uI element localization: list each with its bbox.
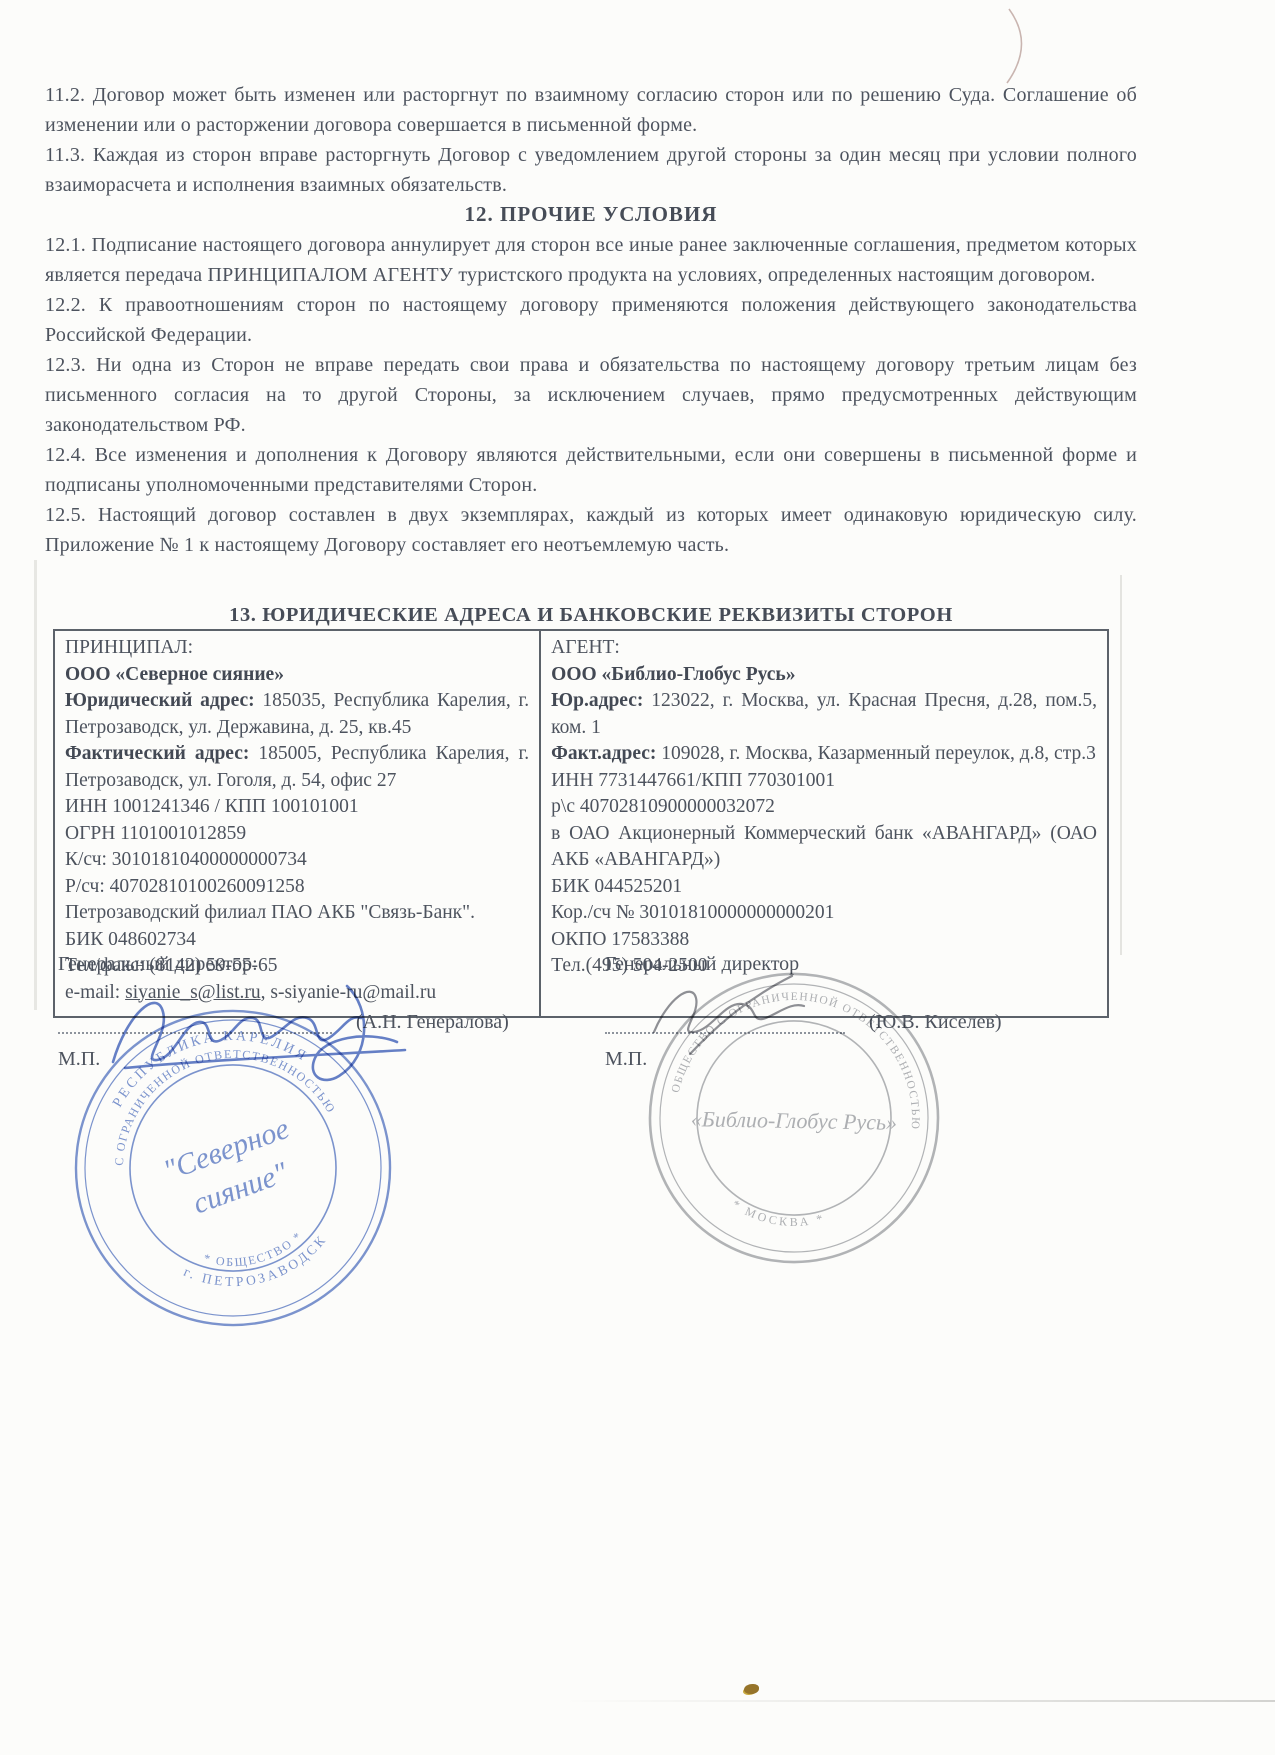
principal-company-name: ООО «Северное сияние» (65, 662, 529, 689)
principal-legal-address: Юридический адрес: 185035, Республика Ка… (65, 688, 529, 741)
svg-text:* МОСКВА *: * МОСКВА * (728, 1196, 829, 1235)
agent-corr-account: Кор./сч № 30101810000000000201 (551, 900, 1097, 927)
principal-corr-account: К/сч: 30101810400000000734 (65, 847, 529, 874)
principal-bank: Петрозаводский филиал ПАО АКБ "Связь-Бан… (65, 900, 529, 927)
section-12-heading: 12. ПРОЧИЕ УСЛОВИЯ (45, 202, 1137, 227)
scan-artifact-curve (995, 5, 1039, 87)
scan-edge-bottom (560, 1700, 1275, 1702)
principal-settlement-account: Р/сч: 40702810100260091258 (65, 874, 529, 901)
agent-company-seal: ОБЩЕСТВО С ОГРАНИЧЕННОЙ ОТВЕТСТВЕННОСТЬЮ… (620, 944, 968, 1292)
seal-ring-bottom-text: * МОСКВА * (728, 1196, 829, 1235)
clause-11-3: 11.3. Каждая из сторон вправе расторгнут… (45, 140, 1137, 200)
agent-bank: в ОАО Акционерный Коммерческий банк «АВА… (551, 821, 1097, 874)
agent-bik: БИК 044525201 (551, 874, 1097, 901)
agent-role: АГЕНТ: (551, 635, 1097, 662)
agent-actual-address: Факт.адрес: 109028, г. Москва, Казарменн… (551, 741, 1097, 768)
clause-12-4: 12.4. Все изменения и дополнения к Догов… (45, 440, 1137, 500)
principal-ogrn: ОГРН 1101001012859 (65, 821, 529, 848)
scan-edge-left (34, 560, 37, 1010)
clause-12-1: 12.1. Подписание настоящего договора анн… (45, 230, 1137, 290)
contract-body: 11.2. Договор может быть изменен или рас… (45, 80, 1137, 1018)
scan-speck (744, 1684, 759, 1694)
agent-company-name: ООО «Библио-Глобус Русь» (551, 662, 1097, 689)
agent-inn-kpp: ИНН 7731447661/КПП 770301001 (551, 768, 1097, 795)
clause-12-2: 12.2. К правоотношениям сторон по настоя… (45, 290, 1137, 350)
agent-legal-address: Юр.адрес: 123022, г. Москва, ул. Красная… (551, 688, 1097, 741)
scanned-contract-page: 11.2. Договор может быть изменен или рас… (0, 0, 1275, 1755)
principal-bik: БИК 048602734 (65, 927, 529, 954)
principal-inn-kpp: ИНН 1001241346 / КПП 100101001 (65, 794, 529, 821)
clause-12-5: 12.5. Настоящий договор составлен в двух… (45, 500, 1137, 560)
seal-center-text: «Библио-Глобус Русь» (691, 1106, 898, 1135)
agent-settlement-account: р\с 40702810900000032072 (551, 794, 1097, 821)
clause-12-3: 12.3. Ни одна из Сторон не вправе переда… (45, 350, 1137, 440)
section-13-heading: 13. ЮРИДИЧЕСКИЕ АДРЕСА И БАНКОВСКИЕ РЕКВ… (45, 604, 1137, 627)
principal-actual-address: Фактический адрес: 185005, Республика Ка… (65, 741, 529, 794)
agent-okpo: ОКПО 17583388 (551, 927, 1097, 954)
clause-11-2: 11.2. Договор может быть изменен или рас… (45, 80, 1137, 140)
principal-role: ПРИНЦИПАЛ: (65, 635, 529, 662)
